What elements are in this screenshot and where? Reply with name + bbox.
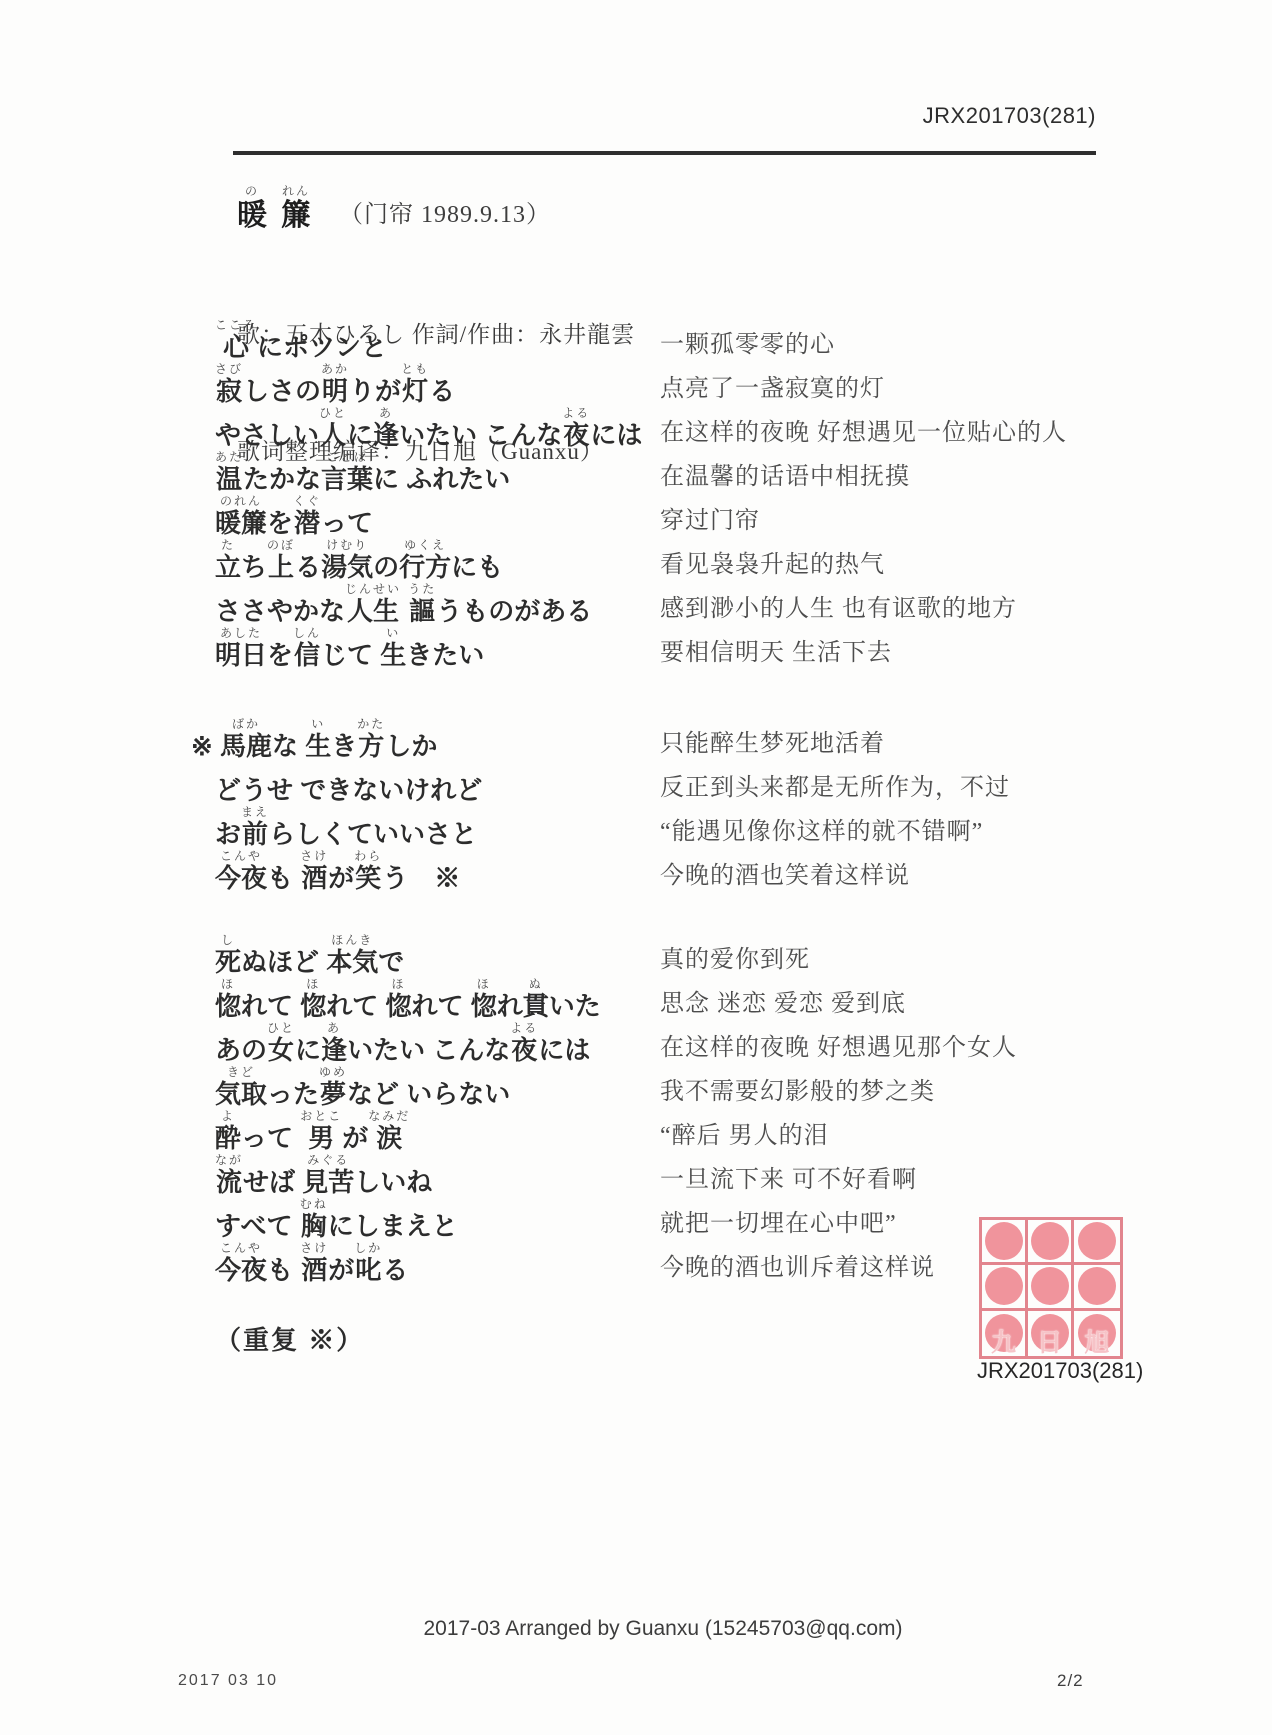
jp-segment: りが xyxy=(349,362,401,406)
verse-1: こころ心にポツンと一颗孤零零的心さび寂しさのあか明りがとも灯る点亮了一盏寂寞的灯… xyxy=(215,318,1225,670)
jp-segment: とも灯 xyxy=(401,362,429,406)
jp-segment: みぐる見苦 xyxy=(302,1153,354,1197)
jp-base-text: って xyxy=(241,1123,300,1153)
jp-segment: ※ xyxy=(191,717,220,761)
cn-translation: 点亮了一盏寂寞的灯 xyxy=(660,375,885,403)
jp-base-text: 夜 xyxy=(511,1035,537,1065)
cn-translation: 只能醉生梦死地活着 xyxy=(660,730,885,758)
furigana: きど xyxy=(227,1065,255,1079)
furigana: ほんき xyxy=(331,933,373,947)
jp-base-text: 惚 xyxy=(386,991,412,1021)
furigana: よ xyxy=(221,1109,235,1123)
furigana: こころ xyxy=(215,318,257,332)
jp-lyric-line: し死ぬほど ほんき本気で xyxy=(215,933,404,977)
jp-base-text: にしまえと xyxy=(328,1211,458,1241)
jp-segment: かた方 xyxy=(357,717,385,761)
jp-base-text: 方 xyxy=(358,731,384,761)
jp-base-text: 灯 xyxy=(402,376,428,406)
jp-base-text: 見苦 xyxy=(302,1167,354,1197)
jp-base-text: 心 xyxy=(223,332,249,362)
stamp-circle xyxy=(1031,1267,1069,1305)
jp-base-text: たかな xyxy=(243,464,321,494)
jp-base-text: って xyxy=(321,508,373,538)
jp-base-text: な xyxy=(272,731,305,761)
jp-base-text: 湯気 xyxy=(321,552,373,582)
furigana: まえ xyxy=(241,805,269,819)
jp-lyric-line: のれん暖簾をくぐ潜って xyxy=(215,494,373,538)
jp-base-text: いた xyxy=(549,991,601,1021)
jp-base-text: る xyxy=(429,376,455,406)
jp-segment: しさの xyxy=(243,362,321,406)
jp-lyric-line: よ酔って おとこ男がなみだ涙 xyxy=(215,1109,410,1153)
jp-lyric-line: ささやかなじんせい人生 うた謳うものがある xyxy=(215,582,592,626)
jp-base-text: が xyxy=(342,1123,368,1153)
stamp-circle xyxy=(1078,1222,1116,1260)
jp-base-text: に ふれたい xyxy=(373,464,510,494)
lyric-row: どうせ できないけれど反正到头来都是无所作为，不过 xyxy=(215,761,1225,805)
jp-lyric-line: あした明日をしん信じて い生きたい xyxy=(215,626,484,670)
jp-segment: やさしい xyxy=(215,406,319,450)
stamp-cell xyxy=(1074,1265,1120,1310)
jp-base-text: しさの xyxy=(243,376,321,406)
jp-segment: には xyxy=(538,1021,590,1065)
jp-segment: ぬ貫 xyxy=(523,977,549,1021)
jp-segment: まえ前 xyxy=(241,805,269,849)
jp-lyric-line: こんや今夜も さけ酒がわら笑う ※ xyxy=(215,849,460,893)
furigana: あした xyxy=(220,626,262,640)
jp-segment: きたい xyxy=(406,626,484,670)
jp-lyric-line: おまえ前らしくていいさと xyxy=(215,805,477,849)
furigana: の xyxy=(245,184,259,199)
jp-segment: あか明 xyxy=(321,362,349,406)
stamp-cell xyxy=(1074,1220,1120,1265)
jp-lyric-line: きど気取ったゆめ夢など いらない xyxy=(215,1065,510,1109)
jp-lyric-line: ほ惚れて ほ惚れて ほ惚れて ほ惚れぬ貫いた xyxy=(215,977,601,1021)
jp-segment: が xyxy=(328,1241,354,1285)
jp-segment: し死 xyxy=(215,933,241,977)
furigana: あ xyxy=(379,406,393,420)
cn-translation: 真的爱你到死 xyxy=(660,946,810,974)
jp-base-text: ささやかな xyxy=(215,596,345,626)
jp-segment: る xyxy=(295,538,321,582)
jp-base-text: った xyxy=(267,1079,319,1109)
header-document-code: JRX201703(281) xyxy=(0,103,1096,129)
jp-base-text: 信 xyxy=(294,640,320,670)
footer-arranger-note: 2017-03 Arranged by Guanxu (15245703@qq.… xyxy=(424,1617,903,1641)
jp-segment: あ逢 xyxy=(321,1021,347,1065)
jp-segment: には xyxy=(590,406,642,450)
jp-segment: ぬほど xyxy=(241,933,326,977)
lyric-row: し死ぬほど ほんき本気で真的爱你到死 xyxy=(215,933,1225,977)
jp-segment: よる夜 xyxy=(562,406,590,450)
stamp-cell xyxy=(1028,1220,1074,1265)
cn-translation: 思念 迷恋 爱恋 爱到底 xyxy=(660,990,906,1018)
jp-base-text: 生 xyxy=(380,640,406,670)
furigana: くぐ xyxy=(293,494,321,508)
jp-base-text: など いらない xyxy=(347,1079,510,1109)
jp-segment: しか叱 xyxy=(354,1241,382,1285)
furigana: ほ xyxy=(306,977,320,991)
jp-segment: けむり湯気 xyxy=(321,538,373,582)
jp-segment: の暖 xyxy=(237,184,267,232)
jp-base-text: 女 xyxy=(268,1035,294,1065)
jp-segment: ほ惚 xyxy=(471,977,497,1021)
jp-base-text: 貫 xyxy=(523,991,549,1021)
jp-base-text: 夜 xyxy=(563,420,589,450)
furigana: し xyxy=(221,933,235,947)
jp-segment: れて xyxy=(412,977,471,1021)
lyric-row: ※ ばか馬鹿な い生きかた方しか只能醉生梦死地活着 xyxy=(215,717,1225,761)
jp-base-text: 気取 xyxy=(215,1079,267,1109)
jp-base-text: 酔 xyxy=(215,1123,241,1153)
jp-base-text: 暖 xyxy=(237,199,267,232)
jp-segment: ことば言葉 xyxy=(321,450,373,494)
jp-base-text: を xyxy=(267,508,293,538)
lyric-row: なが流せば みぐる見苦しいね一旦流下来 可不好看啊 xyxy=(215,1153,1225,1197)
furigana: い xyxy=(311,717,325,731)
jp-segment: らしくていいさと xyxy=(269,805,477,849)
jp-segment: さけ酒 xyxy=(300,1241,328,1285)
jp-lyric-line: あのひと女にあ逢いたい こんなよる夜には xyxy=(215,1021,590,1065)
jp-base-text: 今夜 xyxy=(215,1255,267,1285)
cn-translation: 在这样的夜晚 好想遇见一位贴心的人 xyxy=(660,419,1067,447)
furigana: あ xyxy=(327,1021,341,1035)
verse-2-chorus: ※ ばか馬鹿な い生きかた方しか只能醉生梦死地活着どうせ できないけれど反正到头… xyxy=(215,717,1225,893)
lyric-row: ささやかなじんせい人生 うた謳うものがある感到渺小的人生 也有讴歌的地方 xyxy=(215,582,1225,626)
jp-segment: にしまえと xyxy=(328,1197,458,1241)
stamp-cell xyxy=(982,1265,1028,1310)
jp-segment: のれん暖簾 xyxy=(215,494,267,538)
jp-base-text: れて xyxy=(241,991,300,1021)
cn-translation: 就把一切埋在心中吧” xyxy=(660,1210,897,1238)
furigana: さび xyxy=(215,362,243,376)
jp-segment: など いらない xyxy=(347,1065,510,1109)
cn-translation: 要相信明天 生活下去 xyxy=(660,639,892,667)
jp-segment: ばか馬鹿 xyxy=(220,717,272,761)
jp-base-text: 男 xyxy=(308,1123,334,1153)
jp-segment: い生 xyxy=(380,626,406,670)
jp-base-text: ぬほど xyxy=(241,947,326,977)
jp-segment: いたい こんな xyxy=(399,406,562,450)
jp-segment: すべて xyxy=(215,1197,300,1241)
jp-base-text: 明日 xyxy=(215,640,267,670)
jp-segment: を xyxy=(267,494,293,538)
jp-base-text: やさしい xyxy=(215,420,319,450)
lyric-row: よ酔って おとこ男がなみだ涙“醉后 男人的泪 xyxy=(215,1109,1225,1153)
jp-segment: こんや今夜 xyxy=(215,1241,267,1285)
jp-segment: た立 xyxy=(215,538,241,582)
jp-segment: いたい こんな xyxy=(347,1021,510,1065)
jp-base-text: に xyxy=(295,1035,321,1065)
jp-lyric-line: ※ ばか馬鹿な い生きかた方しか xyxy=(191,717,437,761)
jp-base-text: いたい こんな xyxy=(399,420,562,450)
jp-segment: を xyxy=(267,626,293,670)
jp-base-text: すべて xyxy=(215,1211,300,1241)
red-seal-stamp: 九日旭 xyxy=(979,1217,1123,1359)
stamp-cell: 旭 xyxy=(1074,1311,1120,1356)
stamp-character: 日 xyxy=(1037,1323,1062,1359)
jp-segment: れて xyxy=(241,977,300,1021)
jp-segment: さび寂 xyxy=(215,362,243,406)
jp-base-text: あの xyxy=(215,1035,267,1065)
furigana: こんや xyxy=(220,1241,262,1255)
jp-segment: くぐ潜 xyxy=(293,494,321,538)
jp-base-text: りが xyxy=(349,376,401,406)
cn-translation: 在温馨的话语中相抚摸 xyxy=(660,463,910,491)
furigana: あか xyxy=(321,362,349,376)
jp-segment: に xyxy=(295,1021,321,1065)
jp-segment: で xyxy=(378,933,404,977)
jp-segment: しいね xyxy=(354,1153,432,1197)
furigana: い xyxy=(386,626,400,640)
furigana: のぼ xyxy=(267,538,295,552)
jp-base-text: き xyxy=(331,731,357,761)
jp-segment: ほ惚 xyxy=(386,977,412,1021)
cn-translation: 一颗孤零零的心 xyxy=(660,331,835,359)
furigana: とも xyxy=(401,362,429,376)
jp-segment: どうせ できないけれど xyxy=(215,761,482,805)
jp-segment: れて xyxy=(326,977,385,1021)
jp-base-text: 叱 xyxy=(355,1255,381,1285)
furigana: わら xyxy=(354,849,382,863)
jp-segment: じて xyxy=(321,626,380,670)
furigana: のれん xyxy=(220,494,262,508)
jp-base-text: には xyxy=(538,1035,590,1065)
jp-base-text: 明 xyxy=(322,376,348,406)
cn-translation: “能遇见像你这样的就不错啊” xyxy=(660,818,983,846)
jp-base-text: 潜 xyxy=(294,508,320,538)
jp-segment: にも xyxy=(451,538,503,582)
lyric-row: こころ心にポツンと一颗孤零零的心 xyxy=(215,318,1225,362)
stamp-cell: 日 xyxy=(1028,1311,1074,1356)
jp-segment: き xyxy=(331,717,357,761)
jp-base-text: 惚 xyxy=(471,991,497,1021)
jp-base-text: 簾 xyxy=(281,199,311,232)
jp-segment: ほ惚 xyxy=(215,977,241,1021)
furigana: ひと xyxy=(319,406,347,420)
stamp-circle xyxy=(985,1222,1023,1260)
jp-segment: あ逢 xyxy=(373,406,399,450)
jp-segment: あの xyxy=(215,1021,267,1065)
jp-base-text: が xyxy=(328,863,354,893)
jp-base-text: 涙 xyxy=(376,1123,402,1153)
jp-base-text: ち xyxy=(241,552,267,582)
jp-segment xyxy=(401,582,408,626)
jp-base-text: に xyxy=(347,420,373,450)
jp-segment: あした明日 xyxy=(215,626,267,670)
jp-lyric-line: どうせ できないけれど xyxy=(215,761,482,805)
jp-segment: じんせい人生 xyxy=(345,582,401,626)
cn-translation: 一旦流下来 可不好看啊 xyxy=(660,1166,917,1194)
furigana: ひと xyxy=(267,1021,295,1035)
jp-segment: ゆめ夢 xyxy=(319,1065,347,1109)
jp-base-text: どうせ できないけれど xyxy=(215,775,482,805)
jp-base-text: しいね xyxy=(354,1167,432,1197)
jp-base-text: 酒 xyxy=(301,863,327,893)
furigana: ばか xyxy=(232,717,260,731)
jp-segment: こころ心 xyxy=(215,318,257,362)
lyric-row: やさしいひと人にあ逢いたい こんなよる夜には在这样的夜晚 好想遇见一位贴心的人 xyxy=(215,406,1225,450)
jp-base-text: しか xyxy=(385,731,437,761)
header-divider-rule xyxy=(233,151,1096,155)
jp-base-text: 酒 xyxy=(301,1255,327,1285)
jp-base-text: お xyxy=(215,819,241,849)
jp-segment: う ※ xyxy=(382,849,460,893)
jp-base-text: じて xyxy=(321,640,380,670)
jp-base-text: 馬鹿 xyxy=(220,731,272,761)
furigana: しか xyxy=(354,1241,382,1255)
jp-segment: よ酔 xyxy=(215,1109,241,1153)
stamp-document-code: JRX201703(281) xyxy=(977,1358,1143,1384)
jp-base-text: きたい xyxy=(406,640,484,670)
jp-base-text: 人 xyxy=(320,420,346,450)
cn-translation: “醉后 男人的泪 xyxy=(660,1122,829,1150)
furigana: よる xyxy=(510,1021,538,1035)
stamp-cell xyxy=(1028,1265,1074,1310)
jp-segment: よる夜 xyxy=(510,1021,538,1065)
jp-base-text: う ※ xyxy=(382,863,460,893)
song-title: の暖れん簾 （门帘 1989.9.13） xyxy=(237,184,551,232)
furigana: あた xyxy=(215,450,243,464)
furigana: みぐる xyxy=(307,1153,349,1167)
jp-base-text: 前 xyxy=(242,819,268,849)
jp-segment: のぼ上 xyxy=(267,538,295,582)
jp-segment: ささやかな xyxy=(215,582,345,626)
jp-lyric-line: やさしいひと人にあ逢いたい こんなよる夜には xyxy=(215,406,642,450)
jp-segment: こんや今夜 xyxy=(215,849,267,893)
furigana: ゆくえ xyxy=(404,538,446,552)
stamp-cell xyxy=(982,1220,1028,1265)
jp-base-text: 生 xyxy=(305,731,331,761)
jp-base-text: 立 xyxy=(215,552,241,582)
jp-segment: って xyxy=(241,1109,300,1153)
jp-base-text: 逢 xyxy=(321,1035,347,1065)
lyric-row: さび寂しさのあか明りがとも灯る点亮了一盏寂寞的灯 xyxy=(215,362,1225,406)
jp-segment: むね胸 xyxy=(300,1197,328,1241)
jp-base-text: 暖簾 xyxy=(215,508,267,538)
jp-segment: る xyxy=(429,362,455,406)
repeat-chorus-note: （重复 ※） xyxy=(215,1320,364,1357)
jp-base-text: 流 xyxy=(216,1167,242,1197)
song-title-japanese: の暖れん簾 xyxy=(237,184,325,232)
furigana: た xyxy=(221,538,235,552)
furigana: ほ xyxy=(477,977,491,991)
jp-segment: いた xyxy=(549,977,601,1021)
jp-base-text: で xyxy=(378,947,404,977)
jp-segment: れん簾 xyxy=(281,184,311,232)
jp-segment: ほんき本気 xyxy=(326,933,378,977)
jp-base-text: 謳 xyxy=(409,596,435,626)
jp-segment: うものがある xyxy=(436,582,592,626)
lyric-row: のれん暖簾をくぐ潜って穿过门帘 xyxy=(215,494,1225,538)
jp-segment: ほ惚 xyxy=(300,977,326,1021)
jp-segment: うた謳 xyxy=(408,582,436,626)
lyric-row: こんや今夜も さけ酒がわら笑う ※今晚的酒也笑着这样说 xyxy=(215,849,1225,893)
furigana: なが xyxy=(215,1153,243,1167)
jp-segment: な xyxy=(272,717,305,761)
footer-page-number: 2/2 xyxy=(1057,1671,1084,1691)
jp-base-text: が xyxy=(328,1255,354,1285)
jp-segment: ち xyxy=(241,538,267,582)
scanned-lyrics-page: JRX201703(281) の暖れん簾 （门帘 1989.9.13） 歌：五木… xyxy=(0,0,1272,1735)
jp-base-text: ※ xyxy=(191,731,220,761)
jp-base-text: にポツンと xyxy=(257,332,387,362)
jp-segment: も xyxy=(267,1241,300,1285)
jp-base-text: 上 xyxy=(268,552,294,582)
jp-base-text: 人生 xyxy=(347,596,399,626)
jp-lyric-line: こんや今夜も さけ酒がしか叱る xyxy=(215,1241,408,1285)
jp-segment: が xyxy=(328,849,354,893)
stamp-circle xyxy=(1031,1222,1069,1260)
jp-base-text: 寂 xyxy=(216,376,242,406)
jp-segment: が xyxy=(342,1109,368,1153)
furigana: よる xyxy=(562,406,590,420)
furigana: むね xyxy=(300,1197,328,1211)
jp-lyric-line: なが流せば みぐる見苦しいね xyxy=(215,1153,432,1197)
jp-segment: ひと女 xyxy=(267,1021,295,1065)
furigana: かた xyxy=(357,717,385,731)
stamp-circle xyxy=(1078,1267,1116,1305)
jp-base-text: 今夜 xyxy=(215,863,267,893)
cn-translation: 看见袅袅升起的热气 xyxy=(660,551,885,579)
jp-segment: い生 xyxy=(305,717,331,761)
jp-segment: たかな xyxy=(243,450,321,494)
furigana: おとこ xyxy=(300,1109,342,1123)
jp-base-text: うものがある xyxy=(436,596,592,626)
lyric-row: きど気取ったゆめ夢など いらない我不需要幻影般的梦之类 xyxy=(215,1065,1225,1109)
cn-translation: 在这样的夜晚 好想遇见那个女人 xyxy=(660,1034,1017,1062)
jp-lyric-line: あた温たかなことば言葉に ふれたい xyxy=(215,450,510,494)
jp-base-text: 温 xyxy=(216,464,242,494)
jp-segment: しん信 xyxy=(293,626,321,670)
jp-segment: にポツンと xyxy=(257,318,387,362)
jp-segment: なみだ涙 xyxy=(368,1109,410,1153)
jp-base-text: も xyxy=(267,863,300,893)
jp-segment: なが流 xyxy=(215,1153,243,1197)
jp-base-text: れ xyxy=(497,991,523,1021)
jp-lyric-line: すべて むね胸にしまえと xyxy=(215,1197,458,1241)
cn-translation: 我不需要幻影般的梦之类 xyxy=(660,1078,935,1106)
cn-translation: 穿过门帘 xyxy=(660,507,760,535)
jp-segment: きど気取 xyxy=(215,1065,267,1109)
stamp-character: 旭 xyxy=(1084,1323,1109,1359)
stamp-character: 九 xyxy=(991,1323,1016,1359)
furigana: けむり xyxy=(326,538,368,552)
jp-segment: わら笑 xyxy=(354,849,382,893)
lyric-row: おまえ前らしくていいさと“能遇见像你这样的就不错啊” xyxy=(215,805,1225,849)
jp-segment: お xyxy=(215,805,241,849)
lyric-row: あた温たかなことば言葉に ふれたい在温馨的话语中相抚摸 xyxy=(215,450,1225,494)
lyric-row: た立ちのぼ上るけむり湯気のゆくえ行方にも看见袅袅升起的热气 xyxy=(215,538,1225,582)
jp-base-text: 夢 xyxy=(320,1079,346,1109)
jp-segment: の xyxy=(373,538,399,582)
furigana: れん xyxy=(282,184,310,199)
jp-base-text: せば xyxy=(243,1167,302,1197)
furigana: うた xyxy=(408,582,436,596)
furigana: ぬ xyxy=(529,977,543,991)
furigana: さけ xyxy=(300,849,328,863)
furigana: ことば xyxy=(326,450,368,464)
jp-base-text: れて xyxy=(326,991,385,1021)
stamp-circle xyxy=(985,1267,1023,1305)
jp-segment: れ xyxy=(497,977,523,1021)
jp-segment: おとこ男 xyxy=(300,1109,342,1153)
jp-segment: あた温 xyxy=(215,450,243,494)
lyric-row: あのひと女にあ逢いたい こんなよる夜には在这样的夜晚 好想遇见那个女人 xyxy=(215,1021,1225,1065)
furigana: ゆめ xyxy=(319,1065,347,1079)
lyric-row: ほ惚れて ほ惚れて ほ惚れて ほ惚れぬ貫いた思念 迷恋 爱恋 爱到底 xyxy=(215,977,1225,1021)
jp-base-text xyxy=(401,596,408,626)
